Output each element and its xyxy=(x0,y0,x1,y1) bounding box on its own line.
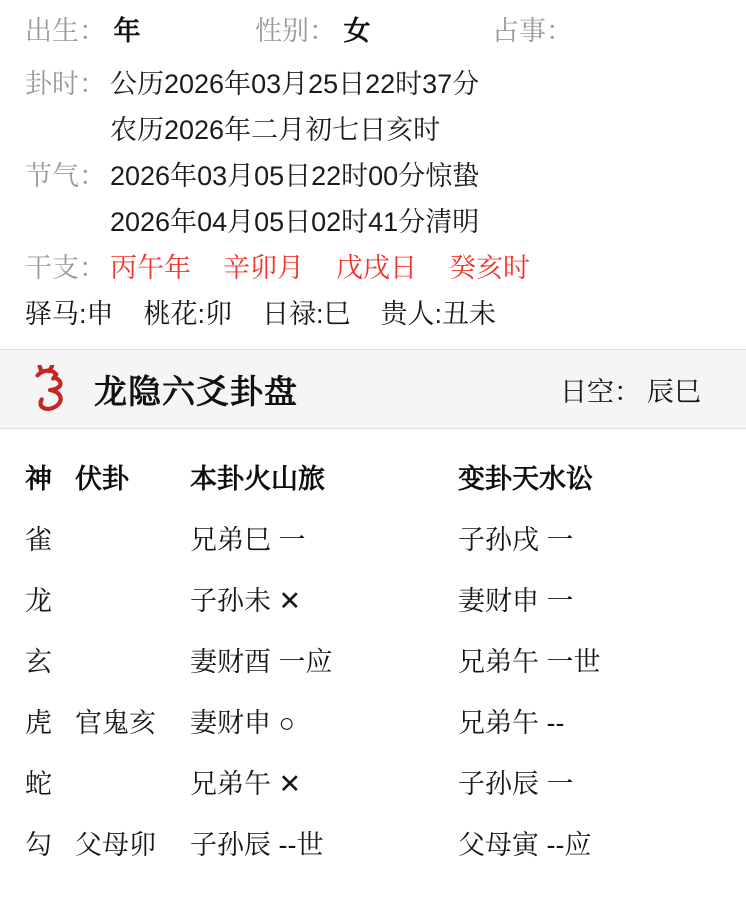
row1-fugua-cell xyxy=(75,507,190,568)
jieqi-qingming: 2026年04月05日02时41分清明 xyxy=(110,199,721,245)
rikong-label: 日空： xyxy=(560,377,641,407)
row3-biangua-cell: 兄弟午 一世 xyxy=(458,629,746,690)
app-title: 龙隐六爻卦盘 xyxy=(94,366,298,413)
ganzhi-label: 干支： xyxy=(25,245,110,291)
jieqi-block: 节气： 2026年03月05日22时00分惊蛰 2026年04月05日02时41… xyxy=(25,153,721,245)
gender-label: 性别： xyxy=(255,16,336,46)
ganzhi-block: 干支： 丙午年 辛卯月 戊戌日 癸亥时 xyxy=(25,245,721,291)
row2-bengua-cell: 子孙未 ✕ xyxy=(190,568,458,629)
row1-biangua-cell: 子孙戌 一 xyxy=(458,507,746,568)
liuyao-page: 出生： 年 性别： 女 占事： 卦时： 公历2026年03月25日22时37分 … xyxy=(0,0,746,900)
ganzhi-hour: 癸亥时 xyxy=(449,245,530,291)
row5-shen-cell: 蛇 xyxy=(25,751,75,812)
row5-biangua-cell: 子孙辰 一 xyxy=(458,751,746,812)
dragon-seal-icon xyxy=(33,365,65,413)
shensha-taohua: 桃花:卯 xyxy=(144,291,233,337)
gender-field: 性别： 女 xyxy=(255,8,492,54)
row3-fugua-cell xyxy=(75,629,190,690)
gua-time-lunar: 农历2026年二月初七日亥时 xyxy=(110,107,721,153)
matter-field: 占事： xyxy=(492,8,721,54)
app-bar: 龙隐六爻卦盘 日空：辰巳 xyxy=(0,349,746,429)
shensha-yima: 驿马:申 xyxy=(25,291,114,337)
shensha-row: 驿马:申 桃花:卯 日禄:巳 贵人:丑未 xyxy=(25,291,721,337)
ganzhi-values: 丙午年 辛卯月 戊戌日 癸亥时 xyxy=(110,245,721,291)
ganzhi-day: 戊戌日 xyxy=(336,245,417,291)
info-section: 出生： 年 性别： 女 占事： 卦时： 公历2026年03月25日22时37分 … xyxy=(0,0,746,337)
jieqi-label: 节气： xyxy=(25,153,110,199)
col-header-bengua: 本卦火山旅 xyxy=(190,446,458,507)
birth-field: 出生： 年 xyxy=(25,8,255,54)
shensha-rilu: 日禄:巳 xyxy=(262,291,351,337)
row2-biangua-cell: 妻财申 一 xyxy=(458,568,746,629)
row4-biangua-cell: 兄弟午 -- xyxy=(458,690,746,751)
row3-bengua-cell: 妻财酉 一应 xyxy=(190,629,458,690)
rikong-value: 辰巳 xyxy=(647,377,701,407)
ganzhi-month: 辛卯月 xyxy=(223,245,304,291)
row4-fugua-cell: 官鬼亥 xyxy=(75,690,190,751)
jieqi-values: 2026年03月05日22时00分惊蛰 2026年04月05日02时41分清明 xyxy=(110,153,721,245)
row2-shen-cell: 龙 xyxy=(25,568,75,629)
row1-bengua-cell: 兄弟巳 一 xyxy=(190,507,458,568)
jieqi-jingzhe: 2026年03月05日22时00分惊蛰 xyxy=(110,153,721,199)
row2-fugua-cell xyxy=(75,568,190,629)
row5-bengua-cell: 兄弟午 ✕ xyxy=(190,751,458,812)
matter-label: 占事： xyxy=(492,16,573,46)
birth-label: 出生： xyxy=(25,16,106,46)
gender-value: 女 xyxy=(344,16,371,46)
row4-bengua-cell: 妻财申 ○ xyxy=(190,690,458,751)
gua-time-label: 卦时： xyxy=(25,61,110,107)
row1-shen-cell: 雀 xyxy=(25,507,75,568)
gua-time-solar: 公历2026年03月25日22时37分 xyxy=(110,61,721,107)
row4-shen-cell: 虎 xyxy=(25,690,75,751)
person-row: 出生： 年 性别： 女 占事： xyxy=(25,8,721,54)
col-header-biangua: 变卦天水讼 xyxy=(458,446,746,507)
col-header-shen: 神 xyxy=(25,446,75,507)
rikong-field: 日空：辰巳 xyxy=(560,370,701,409)
row3-shen-cell: 玄 xyxy=(25,629,75,690)
col-header-fugua: 伏卦 xyxy=(75,446,190,507)
row6-shen-cell: 勾 xyxy=(25,812,75,873)
gua-time-block: 卦时： 公历2026年03月25日22时37分 农历2026年二月初七日亥时 xyxy=(25,61,721,153)
row6-biangua-cell: 父母寅 --应 xyxy=(458,812,746,873)
gua-time-values: 公历2026年03月25日22时37分 农历2026年二月初七日亥时 xyxy=(110,61,721,153)
hexagram-table: 神 伏卦 本卦火山旅 变卦天水讼 雀 兄弟巳 一 子孙戌 一 龙 子孙未 ✕ 妻… xyxy=(0,446,746,873)
row6-bengua-cell: 子孙辰 --世 xyxy=(190,812,458,873)
shensha-guiren: 贵人:丑未 xyxy=(381,291,497,337)
birth-value: 年 xyxy=(114,16,141,46)
ganzhi-year: 丙午年 xyxy=(110,245,191,291)
row5-fugua-cell xyxy=(75,751,190,812)
row6-fugua-cell: 父母卯 xyxy=(75,812,190,873)
